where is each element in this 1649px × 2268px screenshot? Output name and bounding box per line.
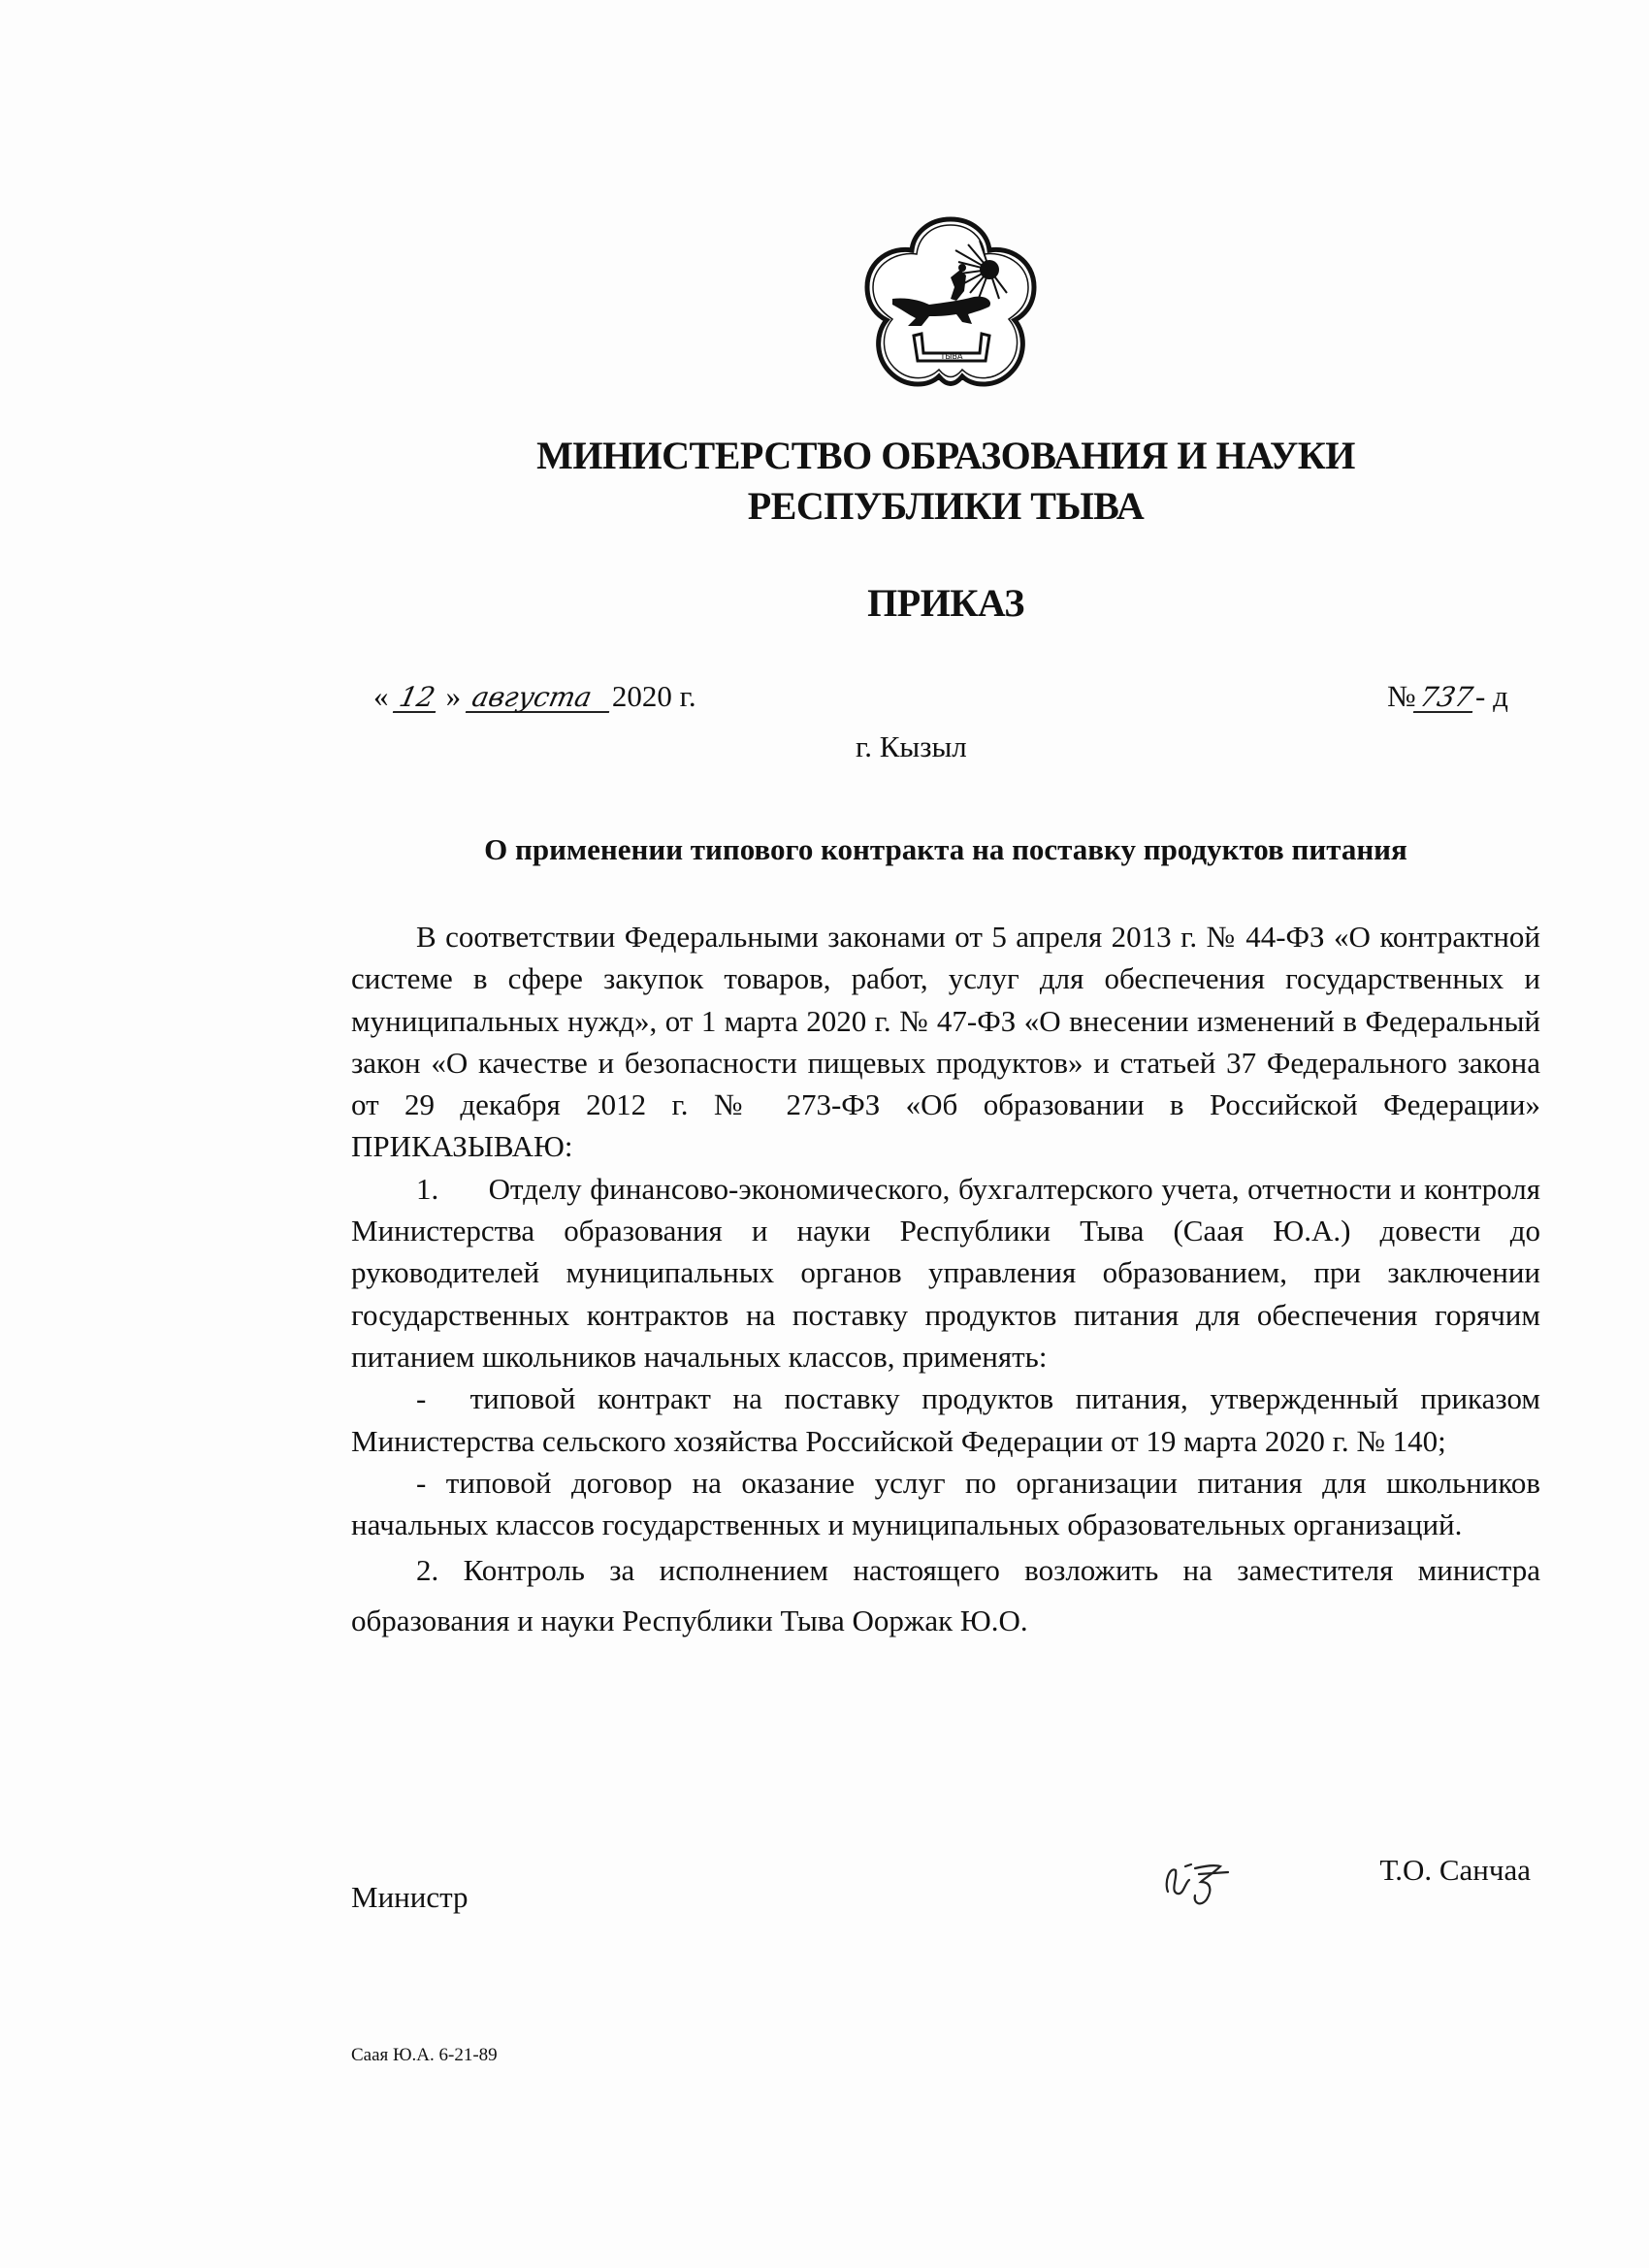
order-item-1: 1. Отделу финансово-экономического, бухг… xyxy=(351,1168,1540,1377)
svg-text:ТЫВА: ТЫВА xyxy=(940,352,963,361)
document-page: ТЫВА МИНИСТЕРСТВО ОБРАЗОВАНИЯ И НАУКИ РЕ… xyxy=(0,0,1649,2268)
date-open-quote: « xyxy=(373,679,389,713)
date-day-handwritten: 12 xyxy=(393,684,441,713)
document-type-title: ПРИКАЗ xyxy=(0,580,1649,626)
date-month-handwritten: августа xyxy=(466,684,615,713)
order-bullet-1: - типовой контракт на поставку продуктов… xyxy=(351,1377,1540,1462)
number-suffix: - д xyxy=(1475,679,1508,713)
document-subject: О применении типового контракта на поста… xyxy=(0,832,1649,867)
tuva-coat-of-arms-icon: ТЫВА xyxy=(854,211,1048,396)
date-year: 2020 г. xyxy=(612,679,696,713)
signatory-role: Министр xyxy=(351,1880,469,1915)
document-number: №737- д xyxy=(1387,679,1508,714)
handwritten-signature-icon xyxy=(1156,1853,1234,1911)
preamble-paragraph: В соответствии Федеральными законами от … xyxy=(351,916,1540,1168)
document-body: В соответствии Федеральными законами от … xyxy=(351,916,1540,1646)
order-item-2: 2. Контроль за исполнением настоящего во… xyxy=(351,1545,1540,1646)
document-date: « 12 » августа2020 г. xyxy=(373,679,696,714)
organization-name-line2: РЕСПУБЛИКИ ТЫВА xyxy=(0,483,1649,529)
number-sign: № xyxy=(1387,679,1416,713)
number-handwritten: 737 xyxy=(1412,684,1478,713)
city-name: г. Кызыл xyxy=(856,729,967,764)
organization-name-line1: МИНИСТЕРСТВО ОБРАЗОВАНИЯ И НАУКИ xyxy=(0,433,1649,478)
signatory-name: Т.О. Санчаа xyxy=(1379,1853,1531,1888)
executor-contact: Саая Ю.А. 6-21-89 xyxy=(351,2045,498,2066)
order-bullet-2: - типовой договор на оказание услуг по о… xyxy=(351,1462,1540,1546)
date-close-quote: » xyxy=(446,679,462,713)
